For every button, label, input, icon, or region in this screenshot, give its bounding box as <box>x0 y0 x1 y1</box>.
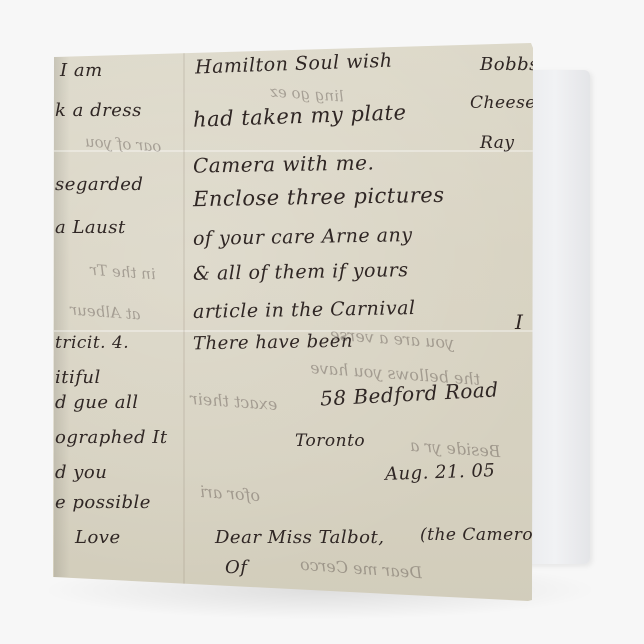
handwritten-line: tricit. 4. <box>55 333 129 353</box>
handwritten-line: Dear me Cerco <box>299 555 422 582</box>
handwritten-line: in the Tr <box>89 261 156 284</box>
handwritten-line: Camera with me. <box>193 150 375 177</box>
handwritten-line: (the Cameron <box>420 525 545 545</box>
handwritten-line: Dear Miss Talbot, <box>215 527 384 548</box>
handwritten-line: ofor ari <box>199 482 260 505</box>
handwritten-line: Aug. 21. 05 <box>385 460 496 485</box>
handwritten-line: Love <box>75 527 121 548</box>
handwritten-line: segarded <box>55 174 143 195</box>
handwritten-line: I <box>515 310 523 334</box>
handwritten-line: Hamilton Soul wish <box>195 50 393 79</box>
handwritten-line: & all of them if yours <box>193 259 409 285</box>
handwritten-line: d you <box>55 462 107 483</box>
handwritten-line: exact their <box>189 389 278 414</box>
handwritten-line: I am <box>60 60 103 81</box>
handwritten-line: of your care Arne any <box>193 224 413 250</box>
handwritten-line: Enclose three pictures <box>193 183 445 211</box>
handwritten-line: Toronto <box>295 431 365 451</box>
handwritten-line: at Albeur <box>69 301 141 324</box>
handwritten-line: itiful <box>55 367 101 388</box>
handwritten-line: d gue all <box>55 392 138 413</box>
handwritten-line: oar of you <box>84 132 162 155</box>
handwritten-line: Of <box>225 557 247 578</box>
handwritten-line: Beside yr a <box>409 436 501 461</box>
handwritten-line: e possible <box>55 492 151 513</box>
handwritten-line: article in the Carnival <box>193 297 416 323</box>
handwritten-line: k a dress <box>55 100 142 121</box>
handwritten-line: There have been <box>193 331 353 355</box>
handwritten-line: 58 Bedford Road <box>319 377 499 410</box>
handwritten-line: ographed It <box>55 427 168 448</box>
handwritten-line: Bobbs <box>480 54 539 75</box>
product-scene: the bellows you haveexact theirofor ariD… <box>0 0 644 644</box>
handwritten-line: Ray <box>480 133 514 153</box>
handwritten-line: had taken my plate <box>193 100 407 131</box>
paper-fold-line <box>183 50 185 590</box>
handwritten-line: a Laust <box>55 217 126 238</box>
